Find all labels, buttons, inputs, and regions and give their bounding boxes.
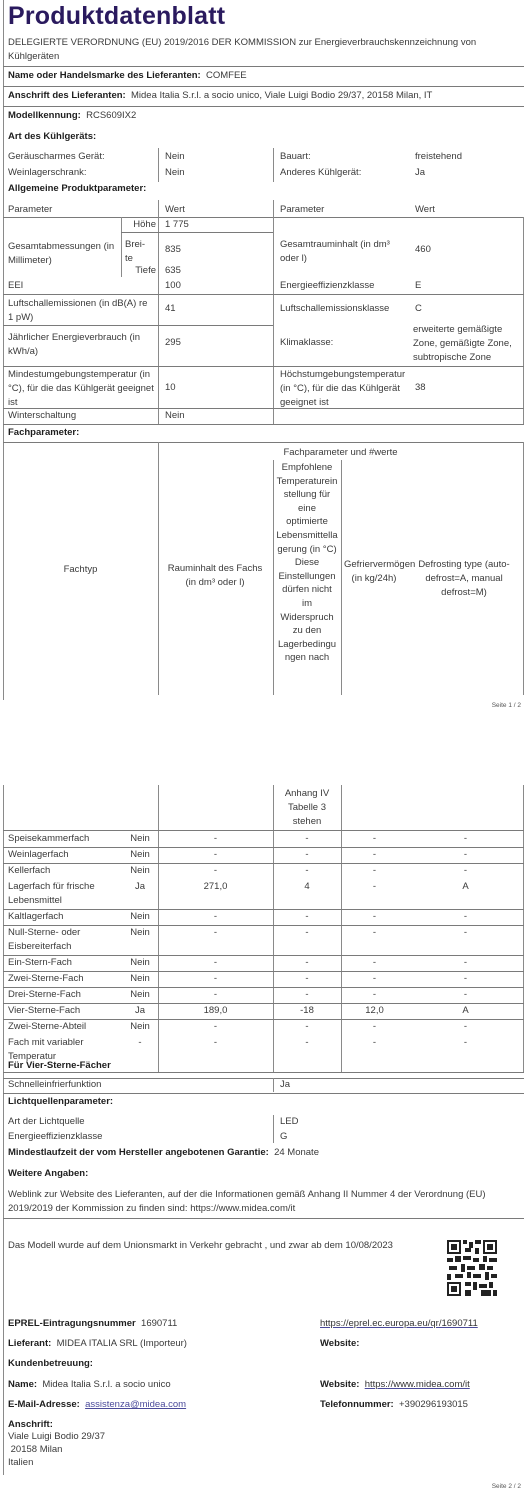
address-line: Viale Luigi Bodio 29/37 <box>8 1431 105 1442</box>
supplier-info-label: Lieferant: <box>8 1338 51 1349</box>
compartment-volume: - <box>158 910 273 924</box>
light-type-label: Art der Lichtquelle <box>8 1116 85 1127</box>
compartment-volume: - <box>158 832 273 846</box>
appliance-value: Nein <box>165 151 185 162</box>
compartment-temp: - <box>273 864 341 878</box>
compartment-name: Null-Sterne- oder Eisbereiterfach <box>8 926 123 954</box>
compartment-temp: - <box>273 1036 341 1050</box>
phone-label: Telefonnummer: <box>320 1399 394 1410</box>
compartment-name: Drei-Sterne-Fach <box>8 988 123 1002</box>
page-title: Produktdatenblatt <box>8 2 225 31</box>
compartment-temp: - <box>273 832 341 846</box>
general-params-heading: Allgemeine Produktparameter: <box>8 183 146 194</box>
compartment-present: Ja <box>125 880 155 894</box>
address-line: Italien <box>8 1457 33 1468</box>
compartment-temp: 4 <box>273 880 341 894</box>
phone-row: Telefonnummer: +390296193015 <box>320 1399 468 1410</box>
annual-energy-label: Jährlicher Energieverbrauch (in kWh/a) <box>8 331 153 359</box>
dim-label: Höhe <box>124 219 156 230</box>
warranty-row: Mindestlaufzeit der vom Hersteller angeb… <box>8 1147 319 1158</box>
total-volume-label: Gesamtrauminhalt (in dm³ oder l) <box>280 238 390 266</box>
col-header: Parameter <box>280 204 324 215</box>
appliance-value: Ja <box>415 167 425 178</box>
col-temp-cont: Anhang IV Tabelle 3 stehen <box>276 787 338 829</box>
compartment-volume: 271,0 <box>158 880 273 894</box>
compartment-freeze: - <box>341 988 408 1002</box>
email-label: E-Mail-Adresse: <box>8 1399 80 1410</box>
compartment-volume: - <box>158 972 273 986</box>
supplier-label: Name oder Handelsmarke des Lieferanten: <box>8 70 201 81</box>
max-temp-label: Höchstumgebungstemperatur (in °C), für d… <box>280 368 405 410</box>
compartment-present: Nein <box>125 848 155 862</box>
compartment-present: Nein <box>125 972 155 986</box>
appliance-row: Geräuscharmes Gerät: <box>8 151 105 162</box>
compartment-defrost: A <box>408 880 523 894</box>
compartment-freeze: 12,0 <box>341 1004 408 1018</box>
compartment-temp: - <box>273 956 341 970</box>
compartment-freeze: - <box>341 956 408 970</box>
compartment-name: Zwei-Sterne-Abteil <box>8 1020 123 1034</box>
climate-value: erweiterte gemäßigte Zone, gemäßigte Zon… <box>413 323 521 365</box>
support-website-row: Website: https://www.midea.com/it <box>320 1379 470 1390</box>
compartment-temp: - <box>273 988 341 1002</box>
page-2: Anhang IV Tabelle 3 stehen Speisekammerf… <box>0 785 527 1500</box>
compartment-name: Zwei-Sterne-Fach <box>8 972 123 986</box>
winter-value: Nein <box>165 410 185 421</box>
appliance-value: Nein <box>165 167 185 178</box>
light-class-label: Energieeffizienzklasse <box>8 1131 102 1142</box>
compartment-freeze: - <box>341 832 408 846</box>
compartment-defrost: - <box>408 848 523 862</box>
compartment-defrost: - <box>408 926 523 940</box>
compartment-volume: - <box>158 926 273 940</box>
col-freeze: Gefriervermögen (in kg/24h) <box>344 558 404 586</box>
email-row: E-Mail-Adresse: assistenza@midea.com <box>8 1399 186 1410</box>
climate-label: Klimaklasse: <box>280 337 333 348</box>
light-heading: Lichtquellenparameter: <box>8 1096 113 1107</box>
compartment-volume: - <box>158 864 273 878</box>
compartment-freeze: - <box>341 926 408 940</box>
compartment-name: Weinlagerfach <box>8 848 123 862</box>
eprel-link[interactable]: https://eprel.ec.europa.eu/qr/1690711 <box>320 1318 478 1329</box>
compartment-defrost: - <box>408 956 523 970</box>
compartment-freeze: - <box>341 1020 408 1034</box>
address-line: 20158 Milan <box>8 1444 62 1455</box>
page-number: Seite 1 / 2 <box>492 702 521 709</box>
model-label: Modellkennung: <box>8 110 81 121</box>
dim-value: 635 <box>165 265 181 276</box>
page-1: Produktdatenblatt DELEGIERTE VERORDNUNG … <box>0 0 527 715</box>
supplier-value: COMFEE <box>206 70 247 81</box>
dim-label: Brei-te <box>125 238 145 266</box>
market-text: Das Modell wurde auf dem Unionsmarkt in … <box>8 1240 393 1251</box>
compartment-freeze: - <box>341 972 408 986</box>
compartment-temp: - <box>273 926 341 940</box>
compartment-defrost: - <box>408 1020 523 1034</box>
compartment-name: Speisekammerfach <box>8 832 123 846</box>
min-temp-value: 10 <box>165 382 176 393</box>
eprel-value: 1690711 <box>141 1318 177 1329</box>
compartment-present: Nein <box>125 910 155 924</box>
light-type-value: LED <box>280 1116 298 1127</box>
energy-class-label: Energieeffizienzklasse <box>280 280 374 291</box>
phone-value: +390296193015 <box>399 1399 468 1410</box>
appliance-type-heading: Art des Kühlgeräts: <box>8 131 96 142</box>
compartment-defrost: - <box>408 910 523 924</box>
compartment-name: Kellerfach <box>8 864 123 878</box>
compartment-present: Nein <box>125 1020 155 1034</box>
address-row: Anschrift des Lieferanten: Midea Italia … <box>8 90 432 101</box>
support-name-label: Name: <box>8 1379 37 1390</box>
compartment-temp: -18 <box>273 1004 341 1018</box>
compartment-volume: - <box>158 1020 273 1034</box>
col-type: Fachtyp <box>3 564 158 575</box>
fast-freeze-value: Ja <box>280 1079 290 1090</box>
compartment-temp: - <box>273 910 341 924</box>
compartment-defrost: - <box>408 832 523 846</box>
col-defrost: Defrosting type (auto-defrost=A, manual … <box>408 558 520 600</box>
support-heading: Kundenbetreuung: <box>8 1358 93 1369</box>
compartment-present: Nein <box>125 988 155 1002</box>
col-temp: Empfohlene Temperatureinstellung für ein… <box>276 461 338 665</box>
col-volume: Rauminhalt des Fachs (in dm³ oder l) <box>165 562 265 590</box>
noise-class-value: C <box>415 303 422 314</box>
address-heading: Anschrift: <box>8 1419 53 1430</box>
compartments-heading: Fachparameter: <box>8 427 79 438</box>
compartment-freeze: - <box>341 910 408 924</box>
annual-energy-value: 295 <box>165 337 181 348</box>
max-temp-value: 38 <box>415 382 426 393</box>
compartment-volume: - <box>158 988 273 1002</box>
compartment-present: Nein <box>125 864 155 878</box>
compartment-name: Kaltlagerfach <box>8 910 123 924</box>
group-header: Fachparameter und #werte <box>158 447 523 458</box>
appliance-value: freistehend <box>415 151 462 162</box>
compartment-volume: - <box>158 1036 273 1050</box>
qr-code-icon[interactable] <box>447 1240 497 1296</box>
compartment-name: Lagerfach für frische Lebensmittel <box>8 880 123 908</box>
website-label: Website: <box>320 1338 359 1349</box>
further-heading: Weitere Angaben: <box>8 1168 88 1179</box>
support-name-row: Name: Midea Italia S.r.l. a socio unico <box>8 1379 171 1390</box>
support-website-link[interactable]: https://www.midea.com/it <box>365 1379 470 1390</box>
compartment-freeze: - <box>341 880 408 894</box>
eprel-label: EPREL-Eintragungsnummer <box>8 1318 136 1329</box>
further-text: Weblink zur Website des Lieferanten, auf… <box>8 1188 513 1216</box>
compartment-temp: - <box>273 1020 341 1034</box>
compartment-name: Vier-Sterne-Fach <box>8 1004 123 1018</box>
compartment-volume: - <box>158 848 273 862</box>
regulation-text: DELEGIERTE VERORDNUNG (EU) 2019/2016 DER… <box>8 36 508 64</box>
noise-label: Luftschallemissionen (in dB(A) re 1 pW) <box>8 297 153 325</box>
model-row: Modellkennung: RCS609IX2 <box>8 110 136 121</box>
appliance-label: Weinlagerschrank: <box>8 167 87 178</box>
energy-class-value: E <box>415 280 421 291</box>
address-label: Anschrift des Lieferanten: <box>8 90 126 101</box>
appliance-label: Anderes Kühlgerät: <box>280 167 361 178</box>
address-value: Midea Italia S.r.l. a socio unico, Viale… <box>131 90 432 101</box>
compartment-freeze: - <box>341 1036 408 1050</box>
col-header: Parameter <box>8 204 52 215</box>
compartment-present: Ja <box>125 1004 155 1018</box>
dim-label: Tiefe <box>124 265 156 276</box>
noise-value: 41 <box>165 303 176 314</box>
compartment-defrost: - <box>408 972 523 986</box>
eei-label: EEI <box>8 280 23 291</box>
col-header: Wert <box>415 204 435 215</box>
compartment-freeze: - <box>341 864 408 878</box>
compartment-volume: 189,0 <box>158 1004 273 1018</box>
light-class-value: G <box>280 1131 287 1142</box>
compartment-present: Nein <box>125 956 155 970</box>
noise-class-label: Luftschallemissionsklasse <box>280 303 389 314</box>
support-name-value: Midea Italia S.r.l. a socio unico <box>42 1379 170 1390</box>
email-link[interactable]: assistenza@midea.com <box>85 1399 186 1410</box>
compartment-freeze: - <box>341 848 408 862</box>
dim-value: 835 <box>165 244 181 255</box>
dimensions-label: Gesamtabmessungen (in Millimeter) <box>8 240 118 268</box>
compartment-present: - <box>125 1036 155 1050</box>
supplier-info-value: MIDEA ITALIA SRL (Importeur) <box>57 1338 187 1349</box>
col-header: Wert <box>165 204 185 215</box>
eprel-row: EPREL-Eintragungsnummer 1690711 <box>8 1318 177 1329</box>
compartment-defrost: A <box>408 1004 523 1018</box>
support-website-label: Website: <box>320 1379 359 1390</box>
total-volume-value: 460 <box>415 244 431 255</box>
winter-label: Winterschaltung <box>8 410 76 421</box>
page-number: Seite 2 / 2 <box>492 1483 521 1490</box>
warranty-value: 24 Monate <box>274 1147 319 1158</box>
dim-value: 1 775 <box>165 219 189 230</box>
appliance-label: Bauart: <box>280 151 311 162</box>
warranty-label: Mindestlaufzeit der vom Hersteller angeb… <box>8 1147 269 1158</box>
supplier-row: Name oder Handelsmarke des Lieferanten: … <box>8 70 247 81</box>
compartment-temp: - <box>273 972 341 986</box>
fast-freeze-label: Schnelleinfrierfunktion <box>8 1079 101 1090</box>
compartment-present: Nein <box>125 832 155 846</box>
compartment-temp: - <box>273 848 341 862</box>
eei-value: 100 <box>165 280 181 291</box>
model-value: RCS609IX2 <box>86 110 136 121</box>
four-star-heading: Für Vier-Sterne-Fächer <box>8 1060 111 1071</box>
min-temp-label: Mindestumgebungstemperatur (in °C), für … <box>8 368 158 410</box>
compartment-defrost: - <box>408 1036 523 1050</box>
compartment-defrost: - <box>408 988 523 1002</box>
compartment-name: Ein-Stern-Fach <box>8 956 123 970</box>
compartment-present: Nein <box>125 926 155 940</box>
compartment-volume: - <box>158 956 273 970</box>
compartment-defrost: - <box>408 864 523 878</box>
supplier-info-row: Lieferant: MIDEA ITALIA SRL (Importeur) <box>8 1338 187 1349</box>
